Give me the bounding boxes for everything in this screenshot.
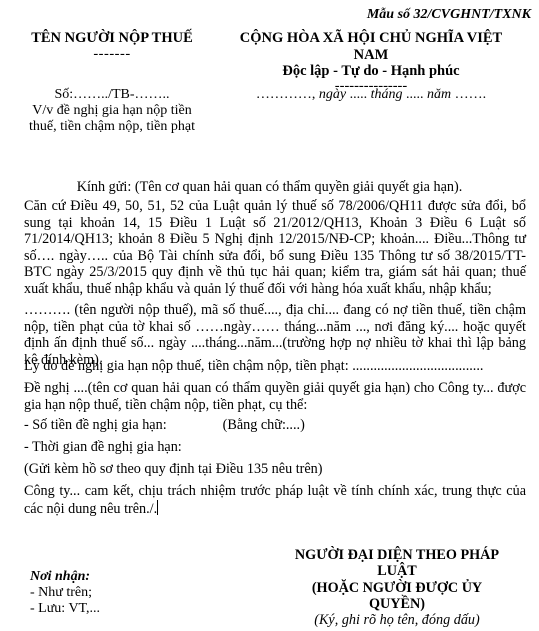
subject-line-2: thuế, tiền chậm nộp, tiền phạt [14,119,210,135]
text-cursor [157,500,158,515]
recipients-block: Nơi nhận: - Như trên; - Lưu: VT,... [30,569,100,617]
month-field[interactable]: ..... [406,87,424,102]
signature-note: (Ký, ghi rõ họ tên, đóng dấu) [262,612,532,628]
request-text: Đề nghị ....(tên cơ quan hải quan có thẩ… [24,380,526,413]
day-label: ngày [319,87,346,102]
month-label: tháng [371,87,403,102]
salutation: Kính gửi: (Tên cơ quan hải quan có thẩm … [0,179,539,196]
signer-title-line1: NGƯỜI ĐẠI DIỆN THEO PHÁP [262,547,532,563]
commitment-text: Công ty... cam kết, chịu trách nhiệm trư… [24,483,526,517]
subject-line-1: V/v đề nghị gia hạn nộp tiền [14,103,210,119]
place-field[interactable]: …………, [256,87,316,102]
request-paragraph: Đề nghị ....(tên cơ quan hải quan có thẩ… [24,380,526,413]
signature-block: NGƯỜI ĐẠI DIỆN THEO PHÁP LUẬT (HOẶC NGƯỜ… [262,547,532,628]
nation-name-line1: CỘNG HÒA XÃ HỘI CHỦ NGHĨA VIỆT [212,30,530,47]
day-field[interactable]: ..... [350,87,368,102]
amount-in-words[interactable]: (Bằng chữ:....) [223,417,305,433]
recipient-item: - Lưu: VT,... [30,601,100,617]
year-label: năm [427,87,451,102]
legal-basis-text: Căn cứ Điều 49, 50, 51, 52 của Luật quản… [24,198,526,298]
taxpayer-name-title: TÊN NGƯỜI NỘP THUẾ [14,30,210,46]
attachment-note: (Gửi kèm hồ sơ theo quy định tại Điều 13… [24,461,526,478]
reason-text[interactable]: Lý do đề nghị gia hạn nộp thuế, tiền chậ… [24,358,526,375]
document-number[interactable]: Số:……../TB-…….. [14,87,210,103]
signer-title-line3: (HOẶC NGƯỜI ĐƯỢC ỦY [262,580,532,596]
recipients-title: Nơi nhận: [30,569,100,585]
year-field[interactable]: ……. [455,87,487,102]
duration-line[interactable]: - Thời gian đề nghị gia hạn: [24,439,526,456]
legal-basis-paragraph: Căn cứ Điều 49, 50, 51, 52 của Luật quản… [24,198,526,298]
duration-label: - Thời gian đề nghị gia hạn: [24,439,182,455]
place-date-line[interactable]: …………, ngày ..... tháng ..... năm ……. [212,87,530,103]
nation-name-line2: NAM [212,47,530,64]
document-reference: Số:……../TB-…….. V/v đề nghị gia hạn nộp … [14,87,210,135]
recipient-item: - Như trên; [30,585,100,601]
signer-title-line4: QUYỀN) [262,596,532,612]
taxpayer-header: TÊN NGƯỜI NỘP THUẾ ------- [14,30,210,62]
form-code: Mẫu số 32/CVGHNT/TXNK [367,7,531,23]
attachment-note-text: (Gửi kèm hồ sơ theo quy định tại Điều 13… [24,461,323,477]
header-divider: ------- [14,46,210,62]
commitment-paragraph[interactable]: Công ty... cam kết, chịu trách nhiệm trư… [24,483,526,517]
amount-label: - Số tiền đề nghị gia hạn: [24,417,167,433]
reason-paragraph[interactable]: Lý do đề nghị gia hạn nộp thuế, tiền chậ… [24,358,526,375]
national-header: CỘNG HÒA XÃ HỘI CHỦ NGHĨA VIỆT NAM Độc l… [212,30,530,92]
signer-title-line2: LUẬT [262,563,532,579]
amount-line[interactable]: - Số tiền đề nghị gia hạn:(Bằng chữ:....… [24,417,526,434]
